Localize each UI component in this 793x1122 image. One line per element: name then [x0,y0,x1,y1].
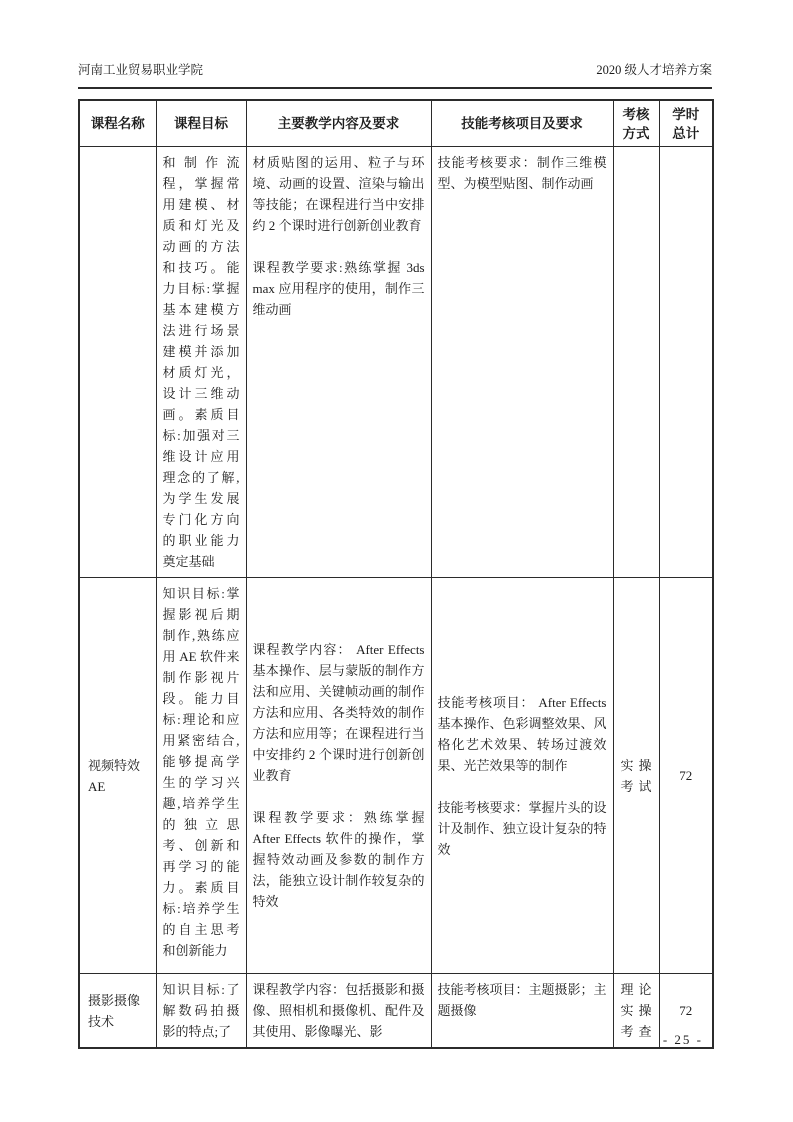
header-plan-title: 2020 级人才培养方案 [596,61,712,79]
cell-objectives: 知识目标:了解数码拍摄影的特点;了 [156,974,246,1049]
objectives-text: 知识目标:了解数码拍摄影的特点;了 [163,979,240,1042]
cell-assessment-items: 技能考核项目： After Effects 基本操作、色彩调整效果、风格化艺术效… [431,578,613,974]
table-row: 视频特效AE 知识目标:掌握影视后期制作,熟练应用 AE 软件来制作影视片段。能… [79,578,713,974]
cell-course-name: 视频特效AE [79,578,156,974]
teaching-content-paragraph: 材质贴图的运用、粒子与环境、动画的设置、渲染与输出等技能；在课程进行当中安排约 … [253,152,425,236]
cell-course-name [79,147,156,578]
assessment-items-paragraph: 技能考核要求：制作三维模型、为模型贴图、制作动画 [438,152,607,194]
cell-total-hours [659,147,713,578]
assessment-items-paragraph: 技能考核项目： After Effects 基本操作、色彩调整效果、风格化艺术效… [438,692,607,776]
page-number: - 25 - [663,1032,703,1048]
cell-assessment-items: 技能考核项目：主题摄影；主题摄像 [431,974,613,1049]
teaching-content-paragraph: 课程教学内容：包括摄影和摄像、照相机和摄像机、配件及其使用、影像曝光、影 [253,979,425,1042]
objectives-text: 和制作流程，掌握常用建模、材质和灯光及动画的方法和技巧。能力目标:掌握基本建模方… [163,152,240,572]
cell-total-hours: 72 [659,578,713,974]
cell-assessment-method: 理论实操考查 [613,974,659,1049]
col-header-assessment-items: 技能考核项目及要求 [431,100,613,147]
page-header: 河南工业贸易职业学院 2020 级人才培养方案 [78,61,712,79]
cell-assessment-method [613,147,659,578]
col-header-total-hours: 学时总计 [659,100,713,147]
col-header-assessment-method: 考核方式 [613,100,659,147]
cell-assessment-items: 技能考核要求：制作三维模型、为模型贴图、制作动画 [431,147,613,578]
cell-objectives: 和制作流程，掌握常用建模、材质和灯光及动画的方法和技巧。能力目标:掌握基本建模方… [156,147,246,578]
assessment-items-paragraph: 技能考核项目：主题摄影；主题摄像 [438,979,607,1021]
header-divider [78,87,712,89]
cell-course-name: 摄影摄像技术 [79,974,156,1049]
teaching-content-paragraph: 课程教学要求：熟练掌握 After Effects 软件的操作，掌握特效动画及参… [253,807,425,912]
document-page: 河南工业贸易职业学院 2020 级人才培养方案 课程名称 课程目标 主要教学内容… [0,0,793,1122]
cell-teaching-content: 课程教学内容： After Effects 基本操作、层与蒙版的制作方法和应用、… [246,578,431,974]
table-row: 和制作流程，掌握常用建模、材质和灯光及动画的方法和技巧。能力目标:掌握基本建模方… [79,147,713,578]
course-table: 课程名称 课程目标 主要教学内容及要求 技能考核项目及要求 考核方式 学时总计 … [78,99,714,1049]
col-header-teaching-content: 主要教学内容及要求 [246,100,431,147]
cell-teaching-content: 课程教学内容：包括摄影和摄像、照相机和摄像机、配件及其使用、影像曝光、影 [246,974,431,1049]
table-header-row: 课程名称 课程目标 主要教学内容及要求 技能考核项目及要求 考核方式 学时总计 [79,100,713,147]
assessment-items-paragraph: 技能考核要求：掌握片头的设计及制作、独立设计复杂的特效 [438,797,607,860]
cell-teaching-content: 材质贴图的运用、粒子与环境、动画的设置、渲染与输出等技能；在课程进行当中安排约 … [246,147,431,578]
objectives-text: 知识目标:掌握影视后期制作,熟练应用 AE 软件来制作影视片段。能力目标:理论和… [163,583,240,961]
table-row: 摄影摄像技术 知识目标:了解数码拍摄影的特点;了 课程教学内容：包括摄影和摄像、… [79,974,713,1049]
cell-objectives: 知识目标:掌握影视后期制作,熟练应用 AE 软件来制作影视片段。能力目标:理论和… [156,578,246,974]
cell-assessment-method: 实操考试 [613,578,659,974]
teaching-content-paragraph: 课程教学要求:熟练掌握 3ds max 应用程序的使用，制作三维动画 [253,257,425,320]
teaching-content-paragraph: 课程教学内容： After Effects 基本操作、层与蒙版的制作方法和应用、… [253,639,425,786]
col-header-course-name: 课程名称 [79,100,156,147]
col-header-objectives: 课程目标 [156,100,246,147]
header-school-name: 河南工业贸易职业学院 [78,61,203,79]
